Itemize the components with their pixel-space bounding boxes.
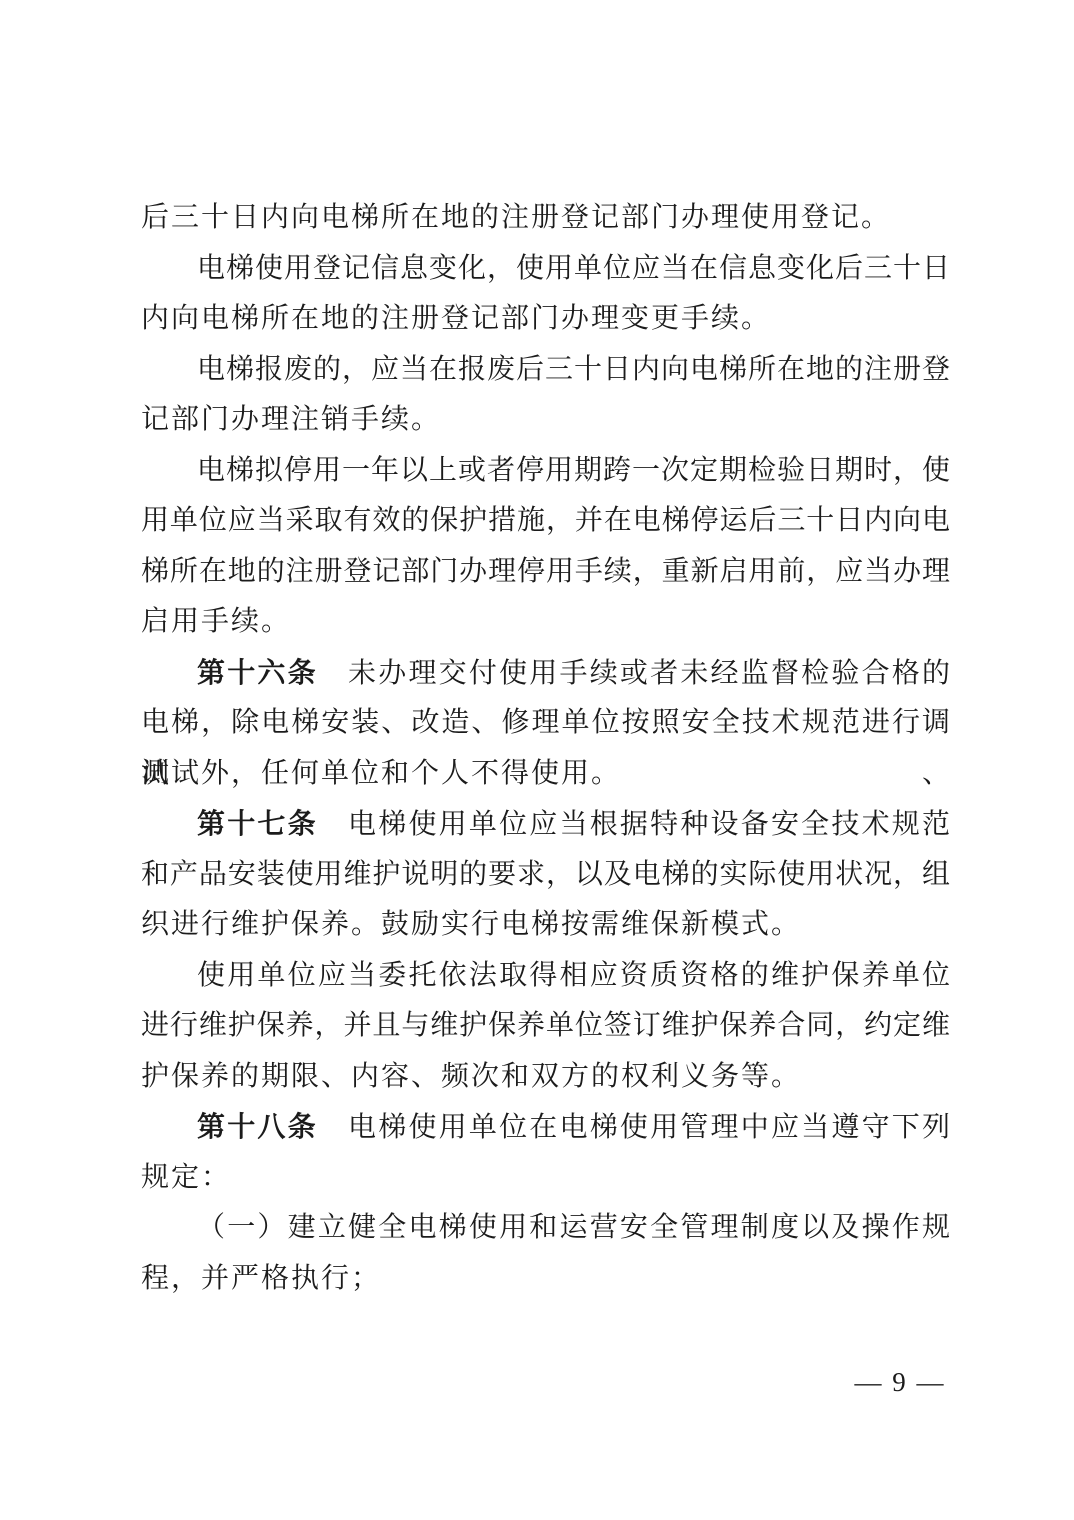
article-number: 第十八条 — [197, 1111, 318, 1142]
text-line: 和产品安装使用维护说明的要求，以及电梯的实际使用状况，组 — [141, 850, 950, 901]
text-line: 进行维护保养，并且与维护保养单位签订维护保养合同，约定维 — [141, 1001, 950, 1052]
document-page: 后三十日内向电梯所在地的注册登记部门办理使用登记。电梯使用登记信息变化，使用单位… — [0, 0, 1074, 1520]
text-line: 电梯报废的，应当在报废后三十日内向电梯所在地的注册登 — [141, 345, 950, 396]
page-number: — 9 — — [845, 1362, 955, 1402]
text-line: 程，并严格执行； — [141, 1254, 950, 1305]
text-line: 织进行维护保养。鼓励实行电梯按需维保新模式。 — [141, 900, 950, 951]
text-line: 后三十日内向电梯所在地的注册登记部门办理使用登记。 — [141, 193, 950, 244]
text-line: 启用手续。 — [141, 597, 950, 648]
article-line: 第十六条 未办理交付使用手续或者未经监督检验合格的 — [141, 648, 950, 699]
text-line: 用单位应当采取有效的保护措施，并在电梯停运后三十日内向电 — [141, 496, 950, 547]
article-text: 电梯使用单位应当根据特种设备安全技术规范 — [318, 809, 950, 840]
article-number: 第十六条 — [197, 657, 318, 688]
article-text: 电梯使用单位在电梯使用管理中应当遵守下列 — [318, 1112, 950, 1143]
text-line: 梯所在地的注册登记部门办理停用手续，重新启用前，应当办理 — [141, 547, 950, 598]
text-line: 电梯拟停用一年以上或者停用期跨一次定期检验日期时，使 — [141, 446, 950, 497]
text-line: 电梯使用登记信息变化，使用单位应当在信息变化后三十日 — [141, 244, 950, 295]
article-line: 第十八条 电梯使用单位在电梯使用管理中应当遵守下列 — [141, 1102, 950, 1153]
text-content: 后三十日内向电梯所在地的注册登记部门办理使用登记。电梯使用登记信息变化，使用单位… — [141, 193, 950, 1304]
text-line: 规定： — [141, 1153, 950, 1204]
article-line: 第十七条 电梯使用单位应当根据特种设备安全技术规范 — [141, 799, 950, 850]
text-line: 护保养的期限、内容、频次和双方的权利义务等。 — [141, 1052, 950, 1103]
text-line: 记部门办理注销手续。 — [141, 395, 950, 446]
text-line: （一）建立健全电梯使用和运营安全管理制度以及操作规 — [141, 1203, 950, 1254]
text-line: 内向电梯所在地的注册登记部门办理变更手续。 — [141, 294, 950, 345]
article-text: 未办理交付使用手续或者未经监督检验合格的 — [318, 658, 950, 689]
text-line: 电梯，除电梯安装、改造、修理单位按照安全技术规范进行调试、 — [141, 698, 950, 749]
article-number: 第十七条 — [197, 808, 318, 839]
text-line: 使用单位应当委托依法取得相应资质资格的维护保养单位 — [141, 951, 950, 1002]
